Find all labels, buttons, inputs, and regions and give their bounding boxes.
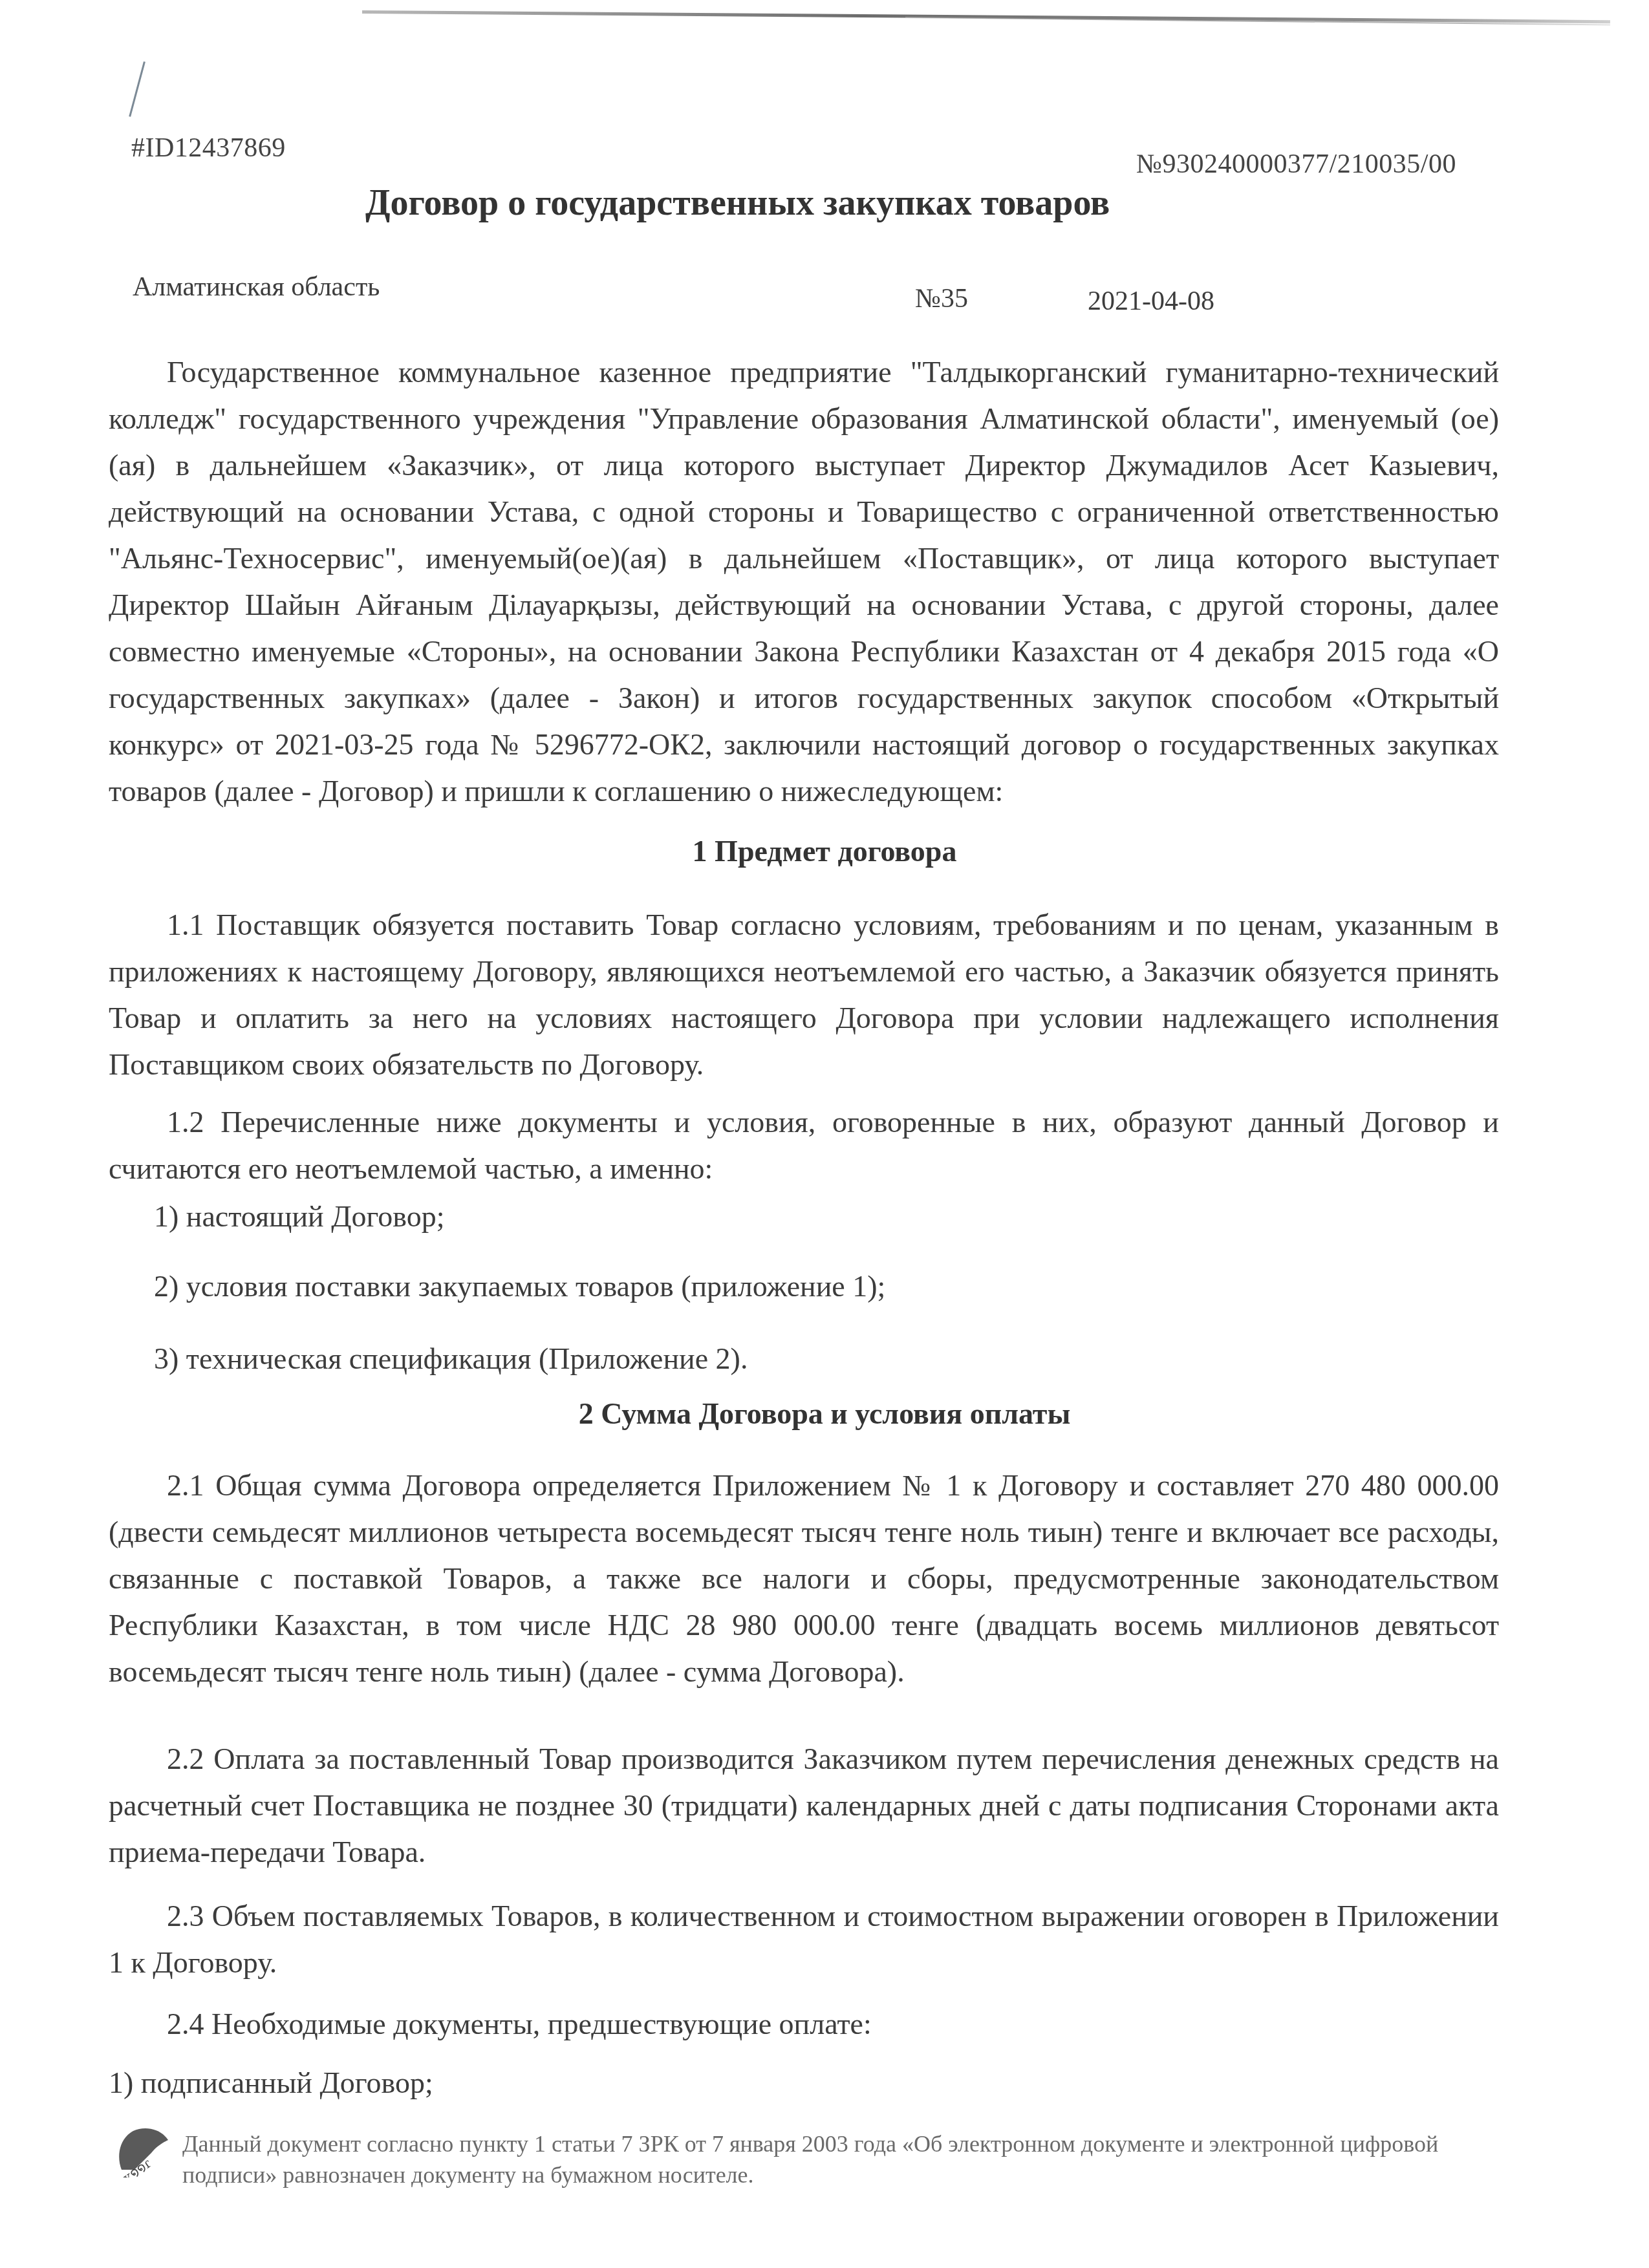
clause-text: 2.1 Общая сумма Договора определяется Пр…	[109, 1469, 1499, 1688]
clause-2-1: 2.1 Общая сумма Договора определяется Пр…	[109, 1462, 1499, 1695]
preamble-paragraph: Государственное коммунальное казенное пр…	[109, 349, 1499, 815]
registry-number: №930240000377/210035/00	[1136, 149, 1456, 180]
preamble-text: Государственное коммунальное казенное пр…	[109, 356, 1499, 808]
list-item-1-1: 1) настоящий Договор;	[154, 1199, 445, 1234]
e-signature-emblem-icon: ʏ໑໑ɾ	[115, 2124, 173, 2177]
clause-text: 2.3 Объем поставляемых Товаров, в количе…	[109, 1899, 1499, 1979]
list-item-2-1: 1) подписанный Договор;	[109, 2066, 433, 2100]
clause-text: 2.2 Оплата за поставленный Товар произво…	[109, 1742, 1499, 1868]
list-item-1-2: 2) условия поставки закупаемых товаров (…	[154, 1269, 885, 1303]
region-label: Алматинская область	[133, 272, 380, 303]
clause-2-2: 2.2 Оплата за поставленный Товар произво…	[109, 1736, 1499, 1876]
footer-legal-note: Данный документ согласно пункту 1 статьи…	[182, 2128, 1508, 2190]
section-1-title: 1 Предмет договора	[0, 834, 1649, 868]
clause-text: 1.1 Поставщик обязуется поставить Товар …	[109, 908, 1499, 1081]
pen-stroke-mark	[129, 61, 145, 117]
clause-2-4: 2.4 Необходимые документы, предшествующи…	[109, 2001, 1499, 2048]
list-item-1-3: 3) техническая спецификация (Приложение …	[154, 1342, 748, 1376]
section-2-title: 2 Сумма Договора и условия оплаты	[0, 1396, 1649, 1431]
clause-2-3: 2.3 Объем поставляемых Товаров, в количе…	[109, 1893, 1499, 1986]
scan-edge-line	[362, 10, 1610, 23]
clause-1-1: 1.1 Поставщик обязуется поставить Товар …	[109, 902, 1499, 1088]
clause-text: 2.4 Необходимые документы, предшествующи…	[167, 2007, 872, 2040]
document-id: #ID12437869	[131, 133, 286, 164]
clause-1-2: 1.2 Перечисленные ниже документы и услов…	[109, 1099, 1499, 1192]
contract-number: №35	[915, 283, 968, 314]
document-title: Договор о государственных закупках товар…	[365, 182, 1110, 224]
contract-date: 2021-04-08	[1088, 286, 1214, 317]
clause-text: 1.2 Перечисленные ниже документы и услов…	[109, 1106, 1499, 1185]
